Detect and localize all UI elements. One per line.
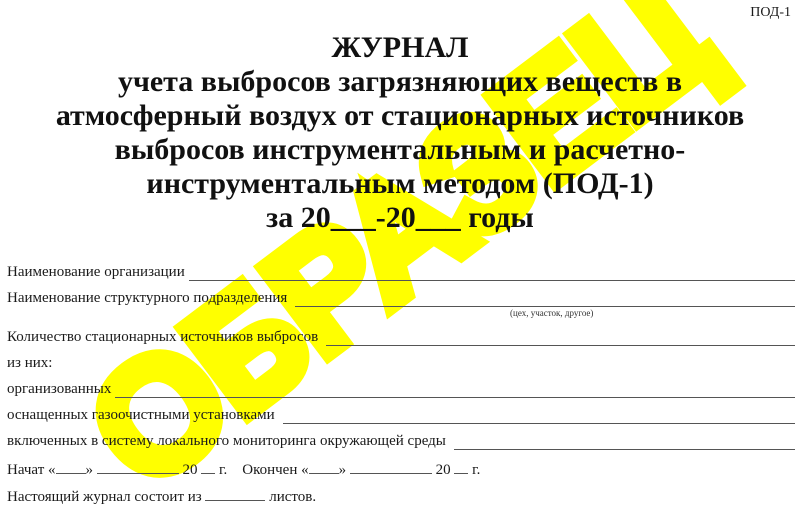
start-year-suffix: г. <box>219 462 227 478</box>
organized-label: организованных <box>7 381 111 398</box>
of-them-label: из них: <box>7 355 52 372</box>
started-label: Начат « <box>7 462 56 478</box>
sources-count-label: Количество стационарных источников выбро… <box>7 329 318 346</box>
quote-close: » <box>86 462 94 478</box>
quote-close: » <box>339 462 347 478</box>
start-year-field[interactable] <box>201 459 215 474</box>
organization-row: Наименование организации <box>7 264 795 281</box>
subdivision-field[interactable] <box>295 291 795 307</box>
ended-label: Окончен « <box>242 462 308 478</box>
sheets-count-field[interactable] <box>205 486 265 501</box>
organization-label: Наименование организации <box>7 264 185 281</box>
start-day-field[interactable] <box>56 459 86 474</box>
sheets-row: Настоящий журнал состоит из листов. <box>7 486 795 506</box>
title-line: атмосферный воздух от стационарных источ… <box>0 99 800 133</box>
document-title: ЖУРНАЛ учета выбросов загрязняющих вещес… <box>0 31 800 235</box>
subdivision-hint: (цех, участок, другое) <box>510 308 593 318</box>
of-them-row: из них: <box>7 355 795 372</box>
organized-row: организованных <box>7 381 795 398</box>
monitoring-row: включенных в систему локального монитори… <box>7 433 795 450</box>
title-line: инструментальным методом (ПОД-1) <box>0 167 800 201</box>
title-line: за 20___-20___ годы <box>0 201 800 235</box>
gas-cleaning-field[interactable] <box>283 408 795 424</box>
end-month-field[interactable] <box>350 459 432 474</box>
title-line: учета выбросов загрязняющих веществ в <box>0 65 800 99</box>
title-line: ЖУРНАЛ <box>0 31 800 65</box>
dates-row: Начат «» 20 г. Окончен «» 20 г. <box>7 459 795 479</box>
subdivision-row: Наименование структурного подразделения <box>7 290 795 307</box>
sources-count-field[interactable] <box>326 330 795 346</box>
subdivision-label: Наименование структурного подразделения <box>7 290 287 307</box>
end-year-suffix: г. <box>472 462 480 478</box>
sheets-prefix: Настоящий журнал состоит из <box>7 489 202 505</box>
sources-count-row: Количество стационарных источников выбро… <box>7 329 795 346</box>
monitoring-label: включенных в систему локального монитори… <box>7 433 446 450</box>
end-year-prefix: 20 <box>436 462 451 478</box>
title-line: выбросов инструментальным и расчетно- <box>0 133 800 167</box>
organization-field[interactable] <box>189 265 795 281</box>
start-year-prefix: 20 <box>183 462 198 478</box>
gas-cleaning-row: оснащенных газоочистными установками <box>7 407 795 424</box>
gas-cleaning-label: оснащенных газоочистными установками <box>7 407 275 424</box>
form-code: ПОД-1 <box>750 5 791 21</box>
end-day-field[interactable] <box>309 459 339 474</box>
organized-field[interactable] <box>115 382 795 398</box>
monitoring-field[interactable] <box>454 434 795 450</box>
sheets-suffix: листов. <box>269 489 316 505</box>
end-year-field[interactable] <box>454 459 468 474</box>
start-month-field[interactable] <box>97 459 179 474</box>
